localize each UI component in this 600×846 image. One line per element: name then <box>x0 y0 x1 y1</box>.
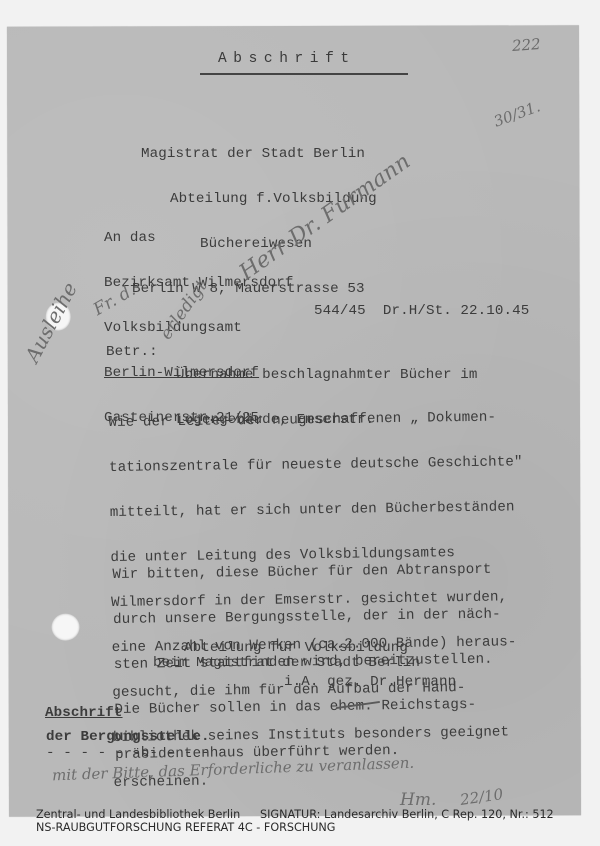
paragraph-line: mitteilt, hat er sich unter den Bücherbe… <box>110 500 524 521</box>
closing-magistrate: beim Magistrat der Stadt Berlin <box>153 656 420 671</box>
reference-line: 544/45 Dr.H/St. 22.10.45 <box>314 304 529 319</box>
page-number: 222 <box>511 35 541 55</box>
paragraph-line: Wie der Leiter der neugeschaffenen „ Dok… <box>108 410 522 431</box>
document-title: Abschrift <box>218 52 356 67</box>
copy-line: der Bergungsstelle. <box>46 730 210 745</box>
sender-line: Magistrat der Stadt Berlin <box>112 147 377 162</box>
paragraph-line: Die Bücher sollen in das ehem. Reichstag… <box>114 698 502 718</box>
footer-signature: SIGNATUR: Landesarchiv Berlin, C Rep. 12… <box>260 808 554 821</box>
copy-label: Abschrift <box>45 706 123 721</box>
footer-library: Zentral- und Landesbibliothek Berlin <box>36 808 240 821</box>
paragraph-line: durch unsere Bergungsstelle, der in der … <box>113 608 501 628</box>
subject-label: Betr.: <box>106 345 158 360</box>
copy-separator: - - - - - -b- - - - <box>46 746 210 761</box>
closing-department: Abteilung für Volksbildung <box>184 641 408 656</box>
handwritten-initial: Hm. <box>400 790 436 810</box>
recipient-line: Volksbildungsamt <box>104 321 294 336</box>
title-underline <box>200 73 408 75</box>
paragraph-line: Wir bitten, diese Bücher für den Abtrans… <box>112 563 500 583</box>
paragraph-line: tationszentrale für neueste deutsche Ges… <box>109 455 523 476</box>
punch-hole <box>52 614 80 641</box>
closing-signature: i.A. gez. Dr.Hermann <box>284 675 456 690</box>
footer-department: NS-RAUBGUTFORSCHUNG REFERAT 4C - FORSCHU… <box>36 821 335 834</box>
